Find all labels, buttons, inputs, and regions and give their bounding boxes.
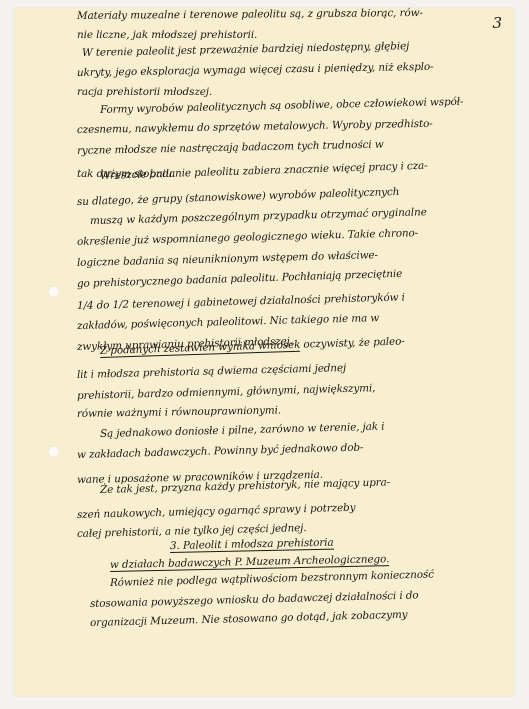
manuscript-line: czesnemu, nawykłemu do sprzętów metalowy…	[77, 118, 433, 136]
punch-hole	[48, 446, 59, 457]
manuscript-line: su dlatego, że grupy (stanowiskowe) wyro…	[77, 186, 400, 208]
manuscript-line: logiczne badania są nieuniknionym wstępe…	[77, 249, 378, 269]
manuscript-line: organizacji Muzeum. Nie stosowano go dot…	[90, 609, 408, 629]
manuscript-page: 3 Materiały muzealne i terenowe paleolit…	[14, 8, 514, 696]
manuscript-line: określenie już wspomnianego geologiczneg…	[77, 227, 418, 248]
manuscript-line: prehistorii, bardzo odmiennymi, głównymi…	[77, 382, 376, 402]
manuscript-line: muszą w każdym poszczególnym przypadku o…	[90, 206, 427, 227]
manuscript-line: lit i młodsza prehistoria są dwiema częś…	[77, 362, 346, 381]
manuscript-line: 3. Paleolit i młodsza prehistoria	[170, 537, 334, 553]
manuscript-line: w zakładach badawczych. Powinny być jedn…	[77, 442, 364, 461]
manuscript-line: stosowania powyższego wniosku do badawcz…	[90, 589, 419, 610]
manuscript-line: zakładów, poświęconych paleolitowi. Nic …	[77, 312, 379, 332]
manuscript-line: Również nie podlega wątpliwościom bezstr…	[110, 569, 434, 589]
manuscript-line: Są jednakowo doniosłe i pilne, zarówno w…	[100, 421, 385, 440]
manuscript-line: 1/4 do 1/2 terenowej i gabinetowej dział…	[77, 291, 405, 312]
manuscript-line: nie liczne, jak młodszej prehistorii.	[77, 29, 257, 41]
manuscript-line: Materiały muzealne i terenowe paleolitu …	[77, 7, 423, 22]
manuscript-line: ukryty, jego eksploracja wymaga więcej c…	[77, 61, 434, 79]
manuscript-line: go prehistorycznego badania paleolitu. P…	[77, 268, 403, 290]
page-number: 3	[492, 14, 502, 32]
manuscript-line: racja prehistorii młodszej.	[77, 86, 212, 98]
manuscript-line: równie ważnymi i równouprawnionymi.	[77, 404, 281, 420]
manuscript-line: W terenie paleolit jest przeważnie bardz…	[82, 40, 409, 59]
manuscript-line: Formy wyrobów paleolitycznych są osobliw…	[100, 96, 464, 116]
punch-hole	[48, 286, 59, 297]
manuscript-line: Wreszcie badanie paleolitu zabiera znacz…	[100, 160, 428, 182]
manuscript-line: w działach badawczych P. Muzeum Archeolo…	[110, 553, 389, 572]
manuscript-line: szeń naukowych, umiejący ogarnąć sprawy …	[77, 502, 356, 521]
manuscript-line: ryczne młodsze nie nastręczają badaczom …	[77, 139, 384, 157]
